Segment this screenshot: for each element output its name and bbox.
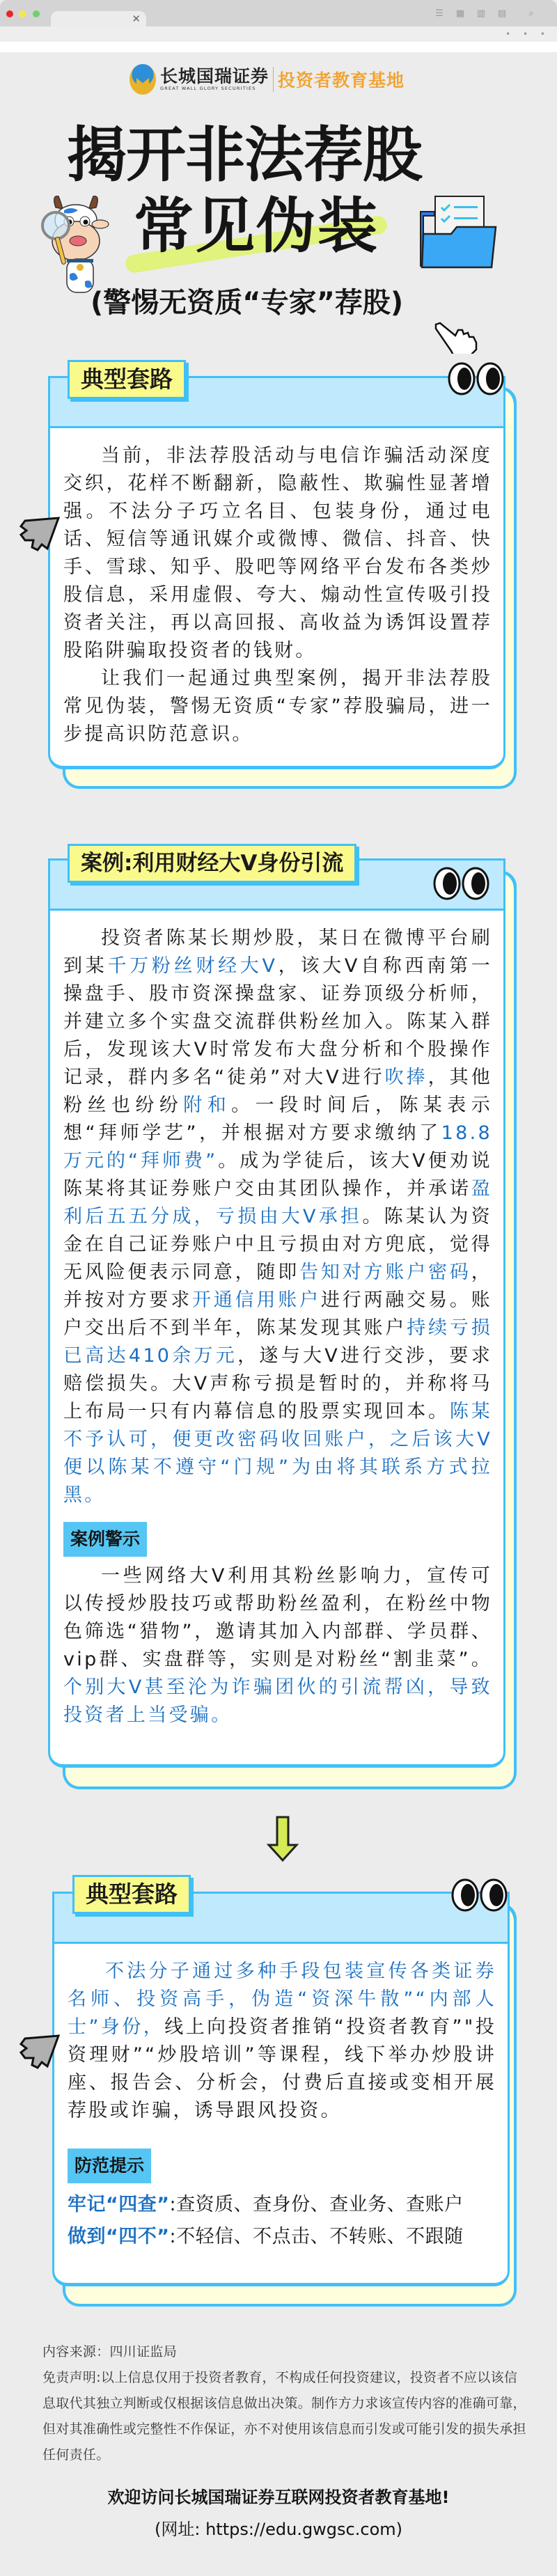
warning-highlight: 个别大V甚至沦为诈骗团伙的引流帮凶，导致投资者上当受骗。 <box>63 1676 492 1726</box>
tip-value: :查资质、查身份、查业务、查账户 <box>170 2194 464 2215</box>
minimize-window-button[interactable] <box>19 10 26 17</box>
section-1-card: 当前，非法荐股活动与电信诈骗活动深度交织，花样不断翻新，隐蔽性、欺骗性显著增强。… <box>48 376 505 769</box>
browser-tab-bar: ✕ ☰ ▦ ▥ ▤ ⌕ <box>0 0 557 26</box>
section-3-label: 典型套路 <box>72 1875 191 1914</box>
brand-logo: 长城国瑞证券 GREAT WALL GLORY SECURITIES 投资者教育… <box>130 64 405 95</box>
grid-icon[interactable]: ▦ <box>455 9 465 19</box>
logo-emblem-icon <box>130 64 156 95</box>
case-highlight: 开通信用账户 <box>192 1289 321 1311</box>
map-icon[interactable]: ▥ <box>476 9 486 19</box>
welcome-message: 欢迎访问长城国瑞证券互联网投资者教育基地! <box>0 2483 557 2511</box>
logo-divider <box>273 67 274 92</box>
tip-key: 牢记“四查” <box>68 2194 170 2215</box>
pixel-eyes-icon <box>433 867 490 900</box>
tip-four-checks: 牢记“四查”:查资质、查身份、查业务、查账户 <box>68 2189 496 2221</box>
list-icon[interactable]: ☰ <box>434 9 444 19</box>
brand-name-en: GREAT WALL GLORY SECURITIES <box>160 86 269 91</box>
case-highlight: 告知对方账户密码 <box>299 1262 471 1283</box>
page-title-line2: 常见伪装 <box>134 195 379 258</box>
brand-base-name: 投资者教育基地 <box>278 67 405 92</box>
pixel-eyes-icon <box>451 1878 508 1912</box>
pixel-pointer-cursor-icon <box>18 515 60 551</box>
tip-key: 做到“四不” <box>68 2226 170 2247</box>
section-1-paragraph-2: 让我们一起通过典型案例，揭开非法荐股常见伪装，警惕无资质“专家”荐股骗局，进一步… <box>63 665 492 748</box>
case-warning-paragraph: 一些网络大V利用其粉丝影响力，宣传可以传授炒股技巧或帮助粉丝盈利，在粉丝中物色筛… <box>63 1562 492 1729</box>
section-2-card: 投资者陈某长期炒股，某日在微博平台刷到某千万粉丝财经大V，该大V自称西南第一操盘… <box>48 858 505 1768</box>
case-warning-label: 案例警示 <box>63 1522 147 1557</box>
pixel-hand-cursor-icon <box>433 320 482 354</box>
search-icon[interactable]: ⌕ <box>526 9 536 19</box>
close-window-button[interactable] <box>6 10 13 17</box>
prevention-tips-label: 防范提示 <box>68 2149 151 2183</box>
maximize-window-button[interactable] <box>33 10 40 17</box>
section-2-label: 案例:利用财经大V身份引流 <box>68 844 356 883</box>
content-source: 内容来源：四川证监局 <box>42 2339 530 2365</box>
case-story-paragraph: 投资者陈某长期炒股，某日在微博平台刷到某千万粉丝财经大V，该大V自称西南第一操盘… <box>63 925 492 1509</box>
section-3-card: 不法分子通过多种手段包装宣传各类证券名师、投资高手，伪造“资深牛散”“内部人士”… <box>52 1892 510 2286</box>
section-3-paragraph: 不法分子通过多种手段包装宣传各类证券名师、投资高手，伪造“资深牛散”“内部人士”… <box>68 1958 496 2125</box>
more-options-icon[interactable]: • • • <box>505 29 550 39</box>
pixel-eyes-icon <box>448 362 505 395</box>
tip-four-nots: 做到“四不”:不轻信、不点击、不转账、不跟随 <box>68 2221 496 2253</box>
browser-tab[interactable]: ✕ <box>51 11 146 26</box>
page-subtitle: (警惕无资质“专家”荐股) <box>91 285 403 320</box>
tab-close-icon[interactable]: ✕ <box>132 12 141 26</box>
case-highlight: 千万粉丝财经大V <box>107 955 277 977</box>
browser-toolbar: • • • <box>0 26 557 42</box>
tip-value: :不轻信、不点击、不转账、不跟随 <box>170 2226 464 2247</box>
case-highlight: 附和 <box>183 1094 231 1116</box>
website-url[interactable]: (网址: https://edu.gwgsc.com) <box>0 2515 557 2543</box>
checklist-folder-icon <box>418 195 498 270</box>
disclaimer: 免责声明:以上信息仅用于投资者教育，不构成任何投资建议，投资者不应以该信息取代其… <box>42 2365 530 2468</box>
calendar-icon[interactable]: ▤ <box>497 9 507 19</box>
case-highlight: 吹捧 <box>385 1067 428 1088</box>
brand-name-cn: 长城国瑞证券 <box>160 68 269 86</box>
cow-mascot-icon <box>36 192 120 304</box>
section-1-paragraph-1: 当前，非法荐股活动与电信诈骗活动深度交织，花样不断翻新，隐蔽性、欺骗性显著增强。… <box>63 442 492 665</box>
section-1-label: 典型套路 <box>68 360 186 399</box>
page-title-line1: 揭开非法荐股 <box>67 124 422 187</box>
down-arrow-icon <box>267 1816 299 1862</box>
pixel-pointer-cursor-icon <box>18 2033 60 2069</box>
warning-text: 一些网络大V利用其粉丝影响力，宣传可以传授炒股技巧或帮助粉丝盈利，在粉丝中物色筛… <box>63 1565 492 1670</box>
address-strip <box>0 42 557 52</box>
